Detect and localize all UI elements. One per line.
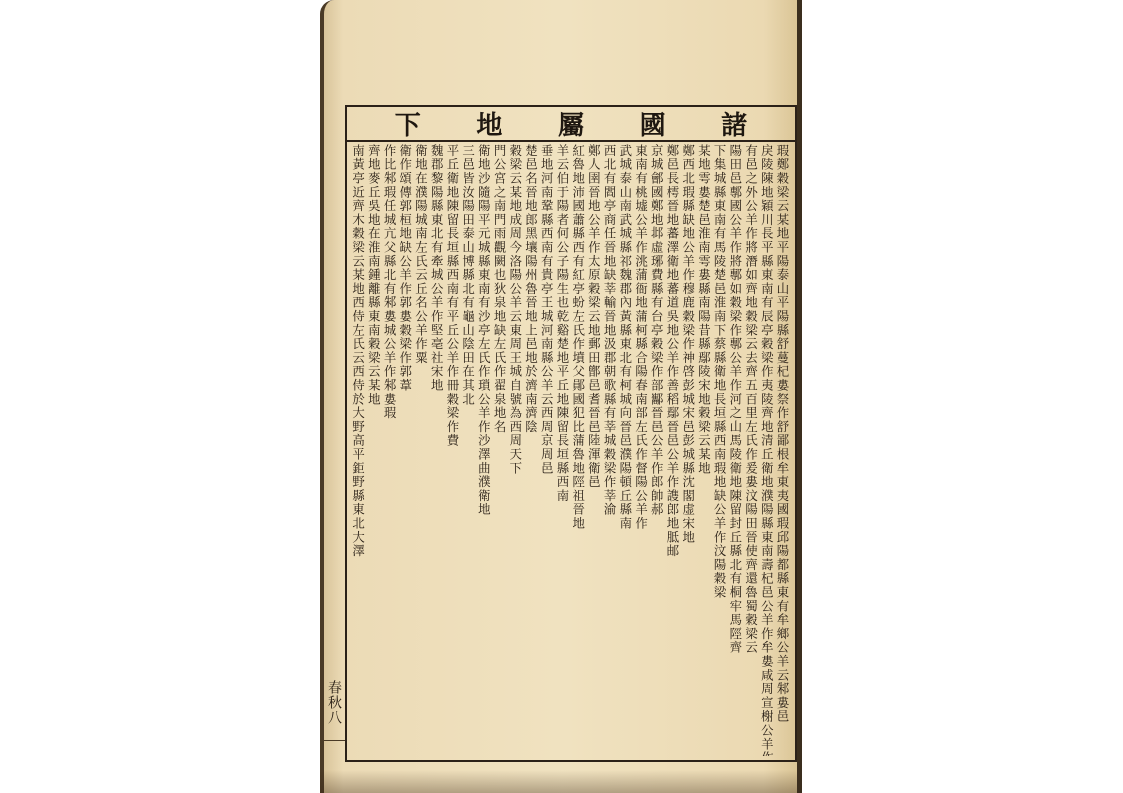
text-column: 楚邑名晉地郎黑壤陽州魯晉地上邑地於濟南濟陰 — [524, 144, 540, 756]
title-char: 國 — [640, 105, 666, 142]
text-column: 鄭西北瑕縣缺地公羊作穆鹿穀梁作神啓彭城宋邑彭城縣沈閣虚宋地 — [681, 144, 697, 756]
text-column: 門公宮之南門雨觀闕也狄泉地缺左氏作翟泉地名 — [492, 144, 508, 756]
text-column: 衛地沙隨陽平元城縣東南有沙亭左氏作瑣公羊作沙澤曲濮衛地 — [477, 144, 493, 756]
text-body: 瑕鄭穀梁云某地平陽泰山平陽縣舒蔓杞婁祭作舒鄙根牟東夷國瑕邱陽都縣東有牟鄉公羊云邾… — [351, 144, 791, 756]
text-column: 衛地在濮陽城南左氏云丘名公羊作粟 — [414, 144, 430, 756]
text-column: 陽田邑鄟國公羊作將鄟如穀梁作鄟公羊作河之山馬陵衛地陳留封丘縣北有桐牢馬陘齊 — [728, 144, 744, 756]
text-column: 三邑皆汝陽田泰山博縣北有龜山陰田在其北 — [461, 144, 477, 756]
text-column: 鄭邑長樗晉地蕃澤衛地蕃道吳地公羊作善稻鄢晉邑公羊作謢郎地胝邮 — [665, 144, 681, 756]
page-shadow — [320, 770, 802, 793]
margin-label: 春秋八 — [326, 680, 344, 725]
text-column: 西北有閻亭商任晉地缺莘輸晉地汲郡朝歌縣有莘城穀梁作莘渝 — [602, 144, 618, 756]
text-column: 南黃亭近齊木穀梁云某地西侍左氏云西侍於大野高平鉅野縣東北大澤 — [351, 144, 367, 756]
text-column: 某地雩婁楚邑淮南雩婁縣南陽昔縣鄢陵宋地穀梁云某地 — [697, 144, 713, 756]
text-column: 東南有桃墟公羊作洮蒲衙地蒲柯縣合陽春南部左氏作督陽公羊作 — [634, 144, 650, 756]
text-column: 羊云伯于陽者何公子陽生也乾谿楚地平丘地陳留長垣縣西南 — [555, 144, 571, 756]
text-column: 戾陵陳地穎川長平縣東南有辰亭穀梁作夷陵齊地清丘衛地濮陽縣東南壽杞邑公羊作牟婁咸周… — [760, 144, 776, 756]
page-spine-edge — [797, 0, 802, 793]
text-column: 衛作頌傳郭桓地缺公羊作郭婁穀梁作郭葦 — [398, 144, 414, 756]
title-char: 下 — [395, 105, 421, 142]
text-frame: 諸 國 屬 地 下 瑕鄭穀梁云某地平陽泰山平陽縣舒蔓杞婁祭作舒鄙根牟東夷國瑕邱陽… — [345, 105, 797, 762]
title-char: 屬 — [558, 105, 584, 142]
margin-rule — [322, 740, 346, 741]
text-column: 鄭人圉晉地公羊作太原穀梁云地郵田鄫邑耆晉邑陸渾衛邑 — [587, 144, 603, 756]
text-column: 垂地河南鞏縣西南有貴亭王城河南縣公羊云西周京周邑 — [540, 144, 556, 756]
title-char: 諸 — [721, 105, 747, 142]
text-column: 平丘衛地陳留長垣縣西南有平丘公羊作冊穀梁作費 — [445, 144, 461, 756]
text-column: 紅魯地沛國蕭縣西有紅亭蚡左氏作墳父鄖國犯比蒲魯地陘祖晉地 — [571, 144, 587, 756]
page-title: 諸 國 屬 地 下 — [347, 107, 795, 142]
text-column: 下集城縣東南有馬陵楚邑淮南下蔡縣衛地長垣縣西南瑕地缺公羊作汶陽穀梁 — [712, 144, 728, 756]
text-column: 魏郡黎陽縣東北有牽城公羊作堅亳社宋地 — [429, 144, 445, 756]
text-column: 武城泰山南武城縣祁魏郡內黃縣東北有柯城向晉邑濮陽頓丘縣南 — [618, 144, 634, 756]
text-column: 瑕鄭穀梁云某地平陽泰山平陽縣舒蔓杞婁祭作舒鄙根牟東夷國瑕邱陽都縣東有牟鄉公羊云邾… — [775, 144, 791, 756]
text-column: 作比邾瑕任城亢父縣北有邾婁城公羊作邾婁瑕 — [382, 144, 398, 756]
text-column: 齊地麥丘吳地在淮南鍾離縣東南穀梁云某地 — [367, 144, 383, 756]
text-column: 穀梁云某地成周今洛陽公羊云東周王城自號為西周天下 — [508, 144, 524, 756]
text-column: 有邑之外公羊作將潛如齊地穀梁云去齊五百里左氏作爰婁汶陽田晉使齊還魯蜀穀梁云 — [744, 144, 760, 756]
title-char: 地 — [476, 105, 502, 142]
text-column: 京城鄶國鄭地邶虛琊費縣有台亭穀梁作部酅晉邑公羊作郎帥郝 — [650, 144, 666, 756]
